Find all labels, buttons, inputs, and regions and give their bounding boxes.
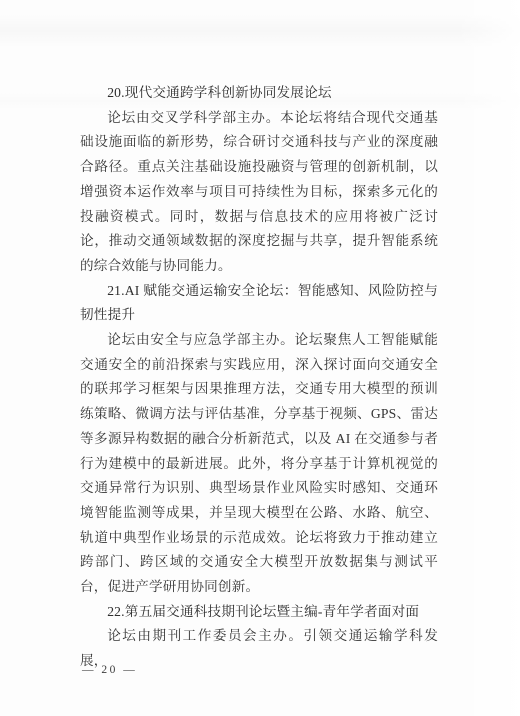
scan-artifact-fade bbox=[456, 0, 520, 716]
forum-section-21: 21.AI 赋能交通运输安全论坛：智能感知、风险防控与韧性提升 论坛由安全与应急… bbox=[80, 279, 438, 600]
forum-section-20: 20.现代交通跨学科创新协同发展论坛 论坛由交叉学科学部主办。本论坛将结合现代交… bbox=[80, 81, 438, 279]
forum-22-heading: 22.第五届交通科技期刊论坛暨主编-青年学者面对面 bbox=[80, 600, 438, 625]
forum-20-body: 论坛由交叉学科学部主办。本论坛将结合现代交通基础设施面临的新形势，综合研讨交通科… bbox=[80, 106, 438, 279]
forum-21-heading: 21.AI 赋能交通运输安全论坛：智能感知、风险防控与韧性提升 bbox=[80, 279, 438, 328]
scan-artifact-streak bbox=[0, 14, 520, 48]
forum-20-heading: 20.现代交通跨学科创新协同发展论坛 bbox=[80, 81, 438, 106]
document-page: 20.现代交通跨学科创新协同发展论坛 论坛由交叉学科学部主办。本论坛将结合现代交… bbox=[80, 81, 438, 674]
page-number: — 20 — bbox=[82, 664, 137, 676]
forum-21-body: 论坛由安全与应急学部主办。论坛聚焦人工智能赋能交通安全的前沿探索与实践应用，深入… bbox=[80, 328, 438, 600]
forum-section-22: 22.第五届交通科技期刊论坛暨主编-青年学者面对面 论坛由期刊工作委员会主办。引… bbox=[80, 600, 438, 674]
